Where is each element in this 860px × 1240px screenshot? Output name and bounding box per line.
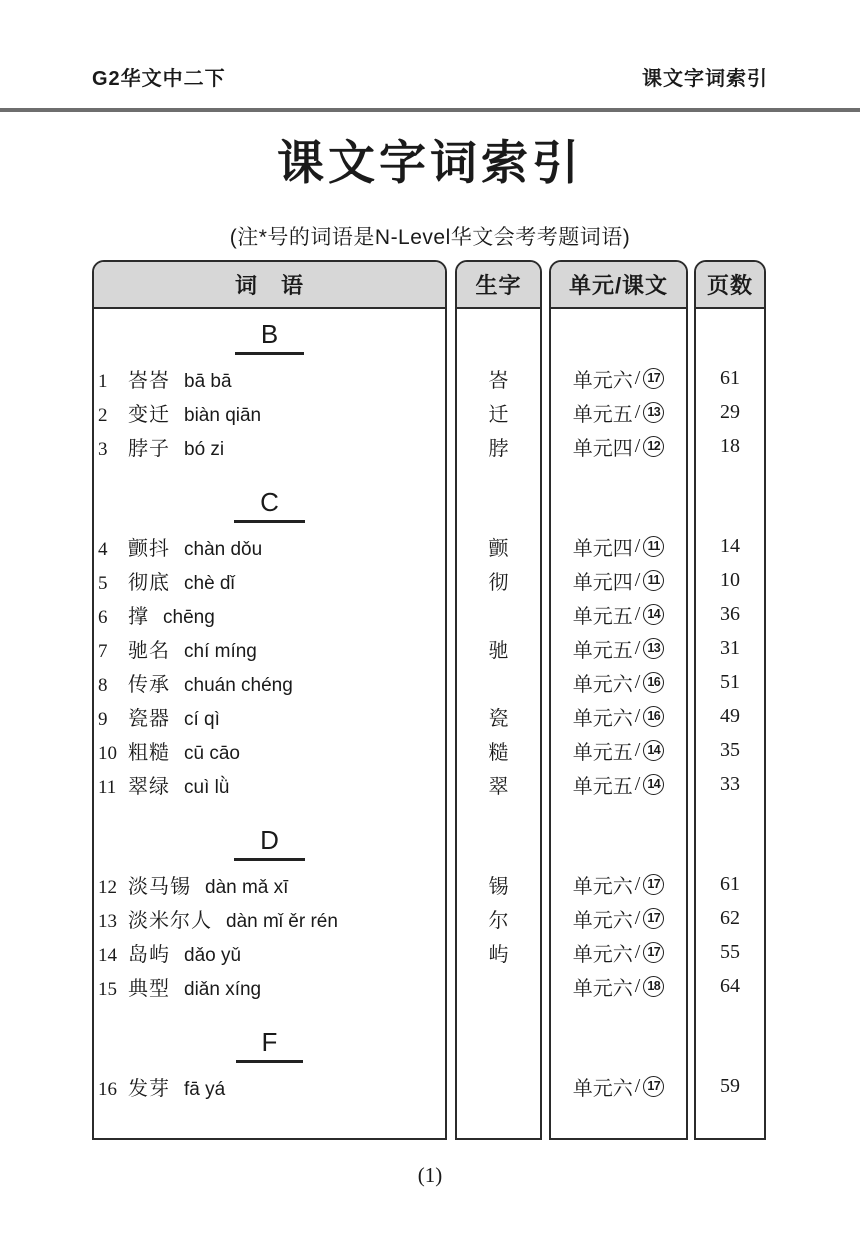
entry-page: 49 xyxy=(720,705,740,727)
index-section: C 4 颤抖 chàn dǒu 颤 单元四/11 14 5 彻底 chè dǐ … xyxy=(92,489,766,801)
unit-lesson-slash: / xyxy=(635,401,641,424)
cell-word: 4 颤抖 chàn dǒu xyxy=(92,532,447,561)
table-row: 8 传承 chuán chéng 单元六/16 51 xyxy=(92,665,766,699)
cell-page: 33 xyxy=(694,773,766,796)
unit-lesson-slash: / xyxy=(635,873,641,896)
cell-page: 49 xyxy=(694,705,766,728)
table-row: 13 淡米尔人 dàn mǐ ěr rén 尔 单元六/17 62 xyxy=(92,901,766,935)
entry-number: 12 xyxy=(98,877,128,899)
entry-unit: 单元六 xyxy=(573,938,633,967)
cell-new-char: 颤 xyxy=(455,532,542,561)
entry-pinyin: chàn dǒu xyxy=(184,539,262,561)
cell-page: 14 xyxy=(694,535,766,558)
lesson-number-circled: 17 xyxy=(643,1076,664,1097)
entry-page: 62 xyxy=(720,907,740,929)
header-rule xyxy=(0,108,860,112)
entry-page: 29 xyxy=(720,401,740,423)
cell-page: 55 xyxy=(694,941,766,964)
table-content: B 1 峇峇 bā bā 峇 单元六/17 61 2 变迁 biàn qiān … xyxy=(92,307,766,1103)
table-row: 3 脖子 bó zi 脖 单元四/12 18 xyxy=(92,429,766,463)
column-header-word: 词 语 xyxy=(94,262,445,309)
entry-pinyin: bó zi xyxy=(184,439,224,461)
cell-word: 3 脖子 bó zi xyxy=(92,432,447,461)
cell-unit-lesson: 单元五/14 xyxy=(549,736,688,765)
cell-page: 18 xyxy=(694,435,766,458)
cell-word: 16 发芽 fā yá xyxy=(92,1072,447,1101)
cell-word: 5 彻底 chè dǐ xyxy=(92,566,447,595)
entry-unit: 单元五 xyxy=(573,770,633,799)
entry-word: 发芽 xyxy=(128,1072,170,1101)
entry-unit: 单元四 xyxy=(573,532,633,561)
cell-new-char: 峇 xyxy=(455,364,542,393)
entry-pinyin: chuán chéng xyxy=(184,675,293,697)
cell-word: 7 驰名 chí míng xyxy=(92,634,447,663)
cell-new-char: 彻 xyxy=(455,566,542,595)
cell-page: 62 xyxy=(694,907,766,930)
cell-unit-lesson: 单元六/16 xyxy=(549,668,688,697)
cell-unit-lesson: 单元五/13 xyxy=(549,398,688,427)
section-letter-wrap: B xyxy=(92,321,447,355)
section-letter-wrap: D xyxy=(92,827,447,861)
cell-unit-lesson: 单元四/11 xyxy=(549,566,688,595)
index-section: B 1 峇峇 bā bā 峇 单元六/17 61 2 变迁 biàn qiān … xyxy=(92,321,766,463)
column-header-unit-lesson-label: 单元/课文 xyxy=(569,269,668,300)
entry-unit: 单元六 xyxy=(573,870,633,899)
entry-unit: 单元四 xyxy=(573,566,633,595)
table-row: 14 岛屿 dǎo yǔ 屿 单元六/17 55 xyxy=(92,935,766,969)
entry-number: 16 xyxy=(98,1079,128,1101)
entry-new-char: 彻 xyxy=(489,572,509,594)
cell-new-char: 驰 xyxy=(455,634,542,663)
entry-page: 59 xyxy=(720,1075,740,1097)
cell-page: 59 xyxy=(694,1075,766,1098)
table-row: 12 淡马锡 dàn mǎ xī 锡 单元六/17 61 xyxy=(92,867,766,901)
column-header-word-label: 词 语 xyxy=(235,269,304,300)
entry-word: 脖子 xyxy=(128,432,170,461)
entry-word: 翠绿 xyxy=(128,770,170,799)
entry-unit: 单元五 xyxy=(573,634,633,663)
entry-pinyin: bā bā xyxy=(184,371,232,393)
lesson-number-circled: 14 xyxy=(643,774,664,795)
entry-page: 10 xyxy=(720,569,740,591)
table-row: 10 粗糙 cū cāo 糙 单元五/14 35 xyxy=(92,733,766,767)
entry-number: 3 xyxy=(98,439,128,461)
section-letter: F xyxy=(236,1029,304,1063)
cell-page: 31 xyxy=(694,637,766,660)
unit-lesson-slash: / xyxy=(635,773,641,796)
running-head: G2华文中二下 课文字词索引 xyxy=(92,62,768,91)
entry-page: 36 xyxy=(720,603,740,625)
column-header-new-char: 生字 xyxy=(457,262,540,309)
unit-lesson-slash: / xyxy=(635,569,641,592)
entry-new-char: 峇 xyxy=(489,370,509,392)
entry-pinyin: cū cāo xyxy=(184,743,240,765)
entry-pinyin: dǎo yǔ xyxy=(184,945,241,967)
table-row: 5 彻底 chè dǐ 彻 单元四/11 10 xyxy=(92,563,766,597)
entry-pinyin: chēng xyxy=(163,607,215,629)
unit-lesson-slash: / xyxy=(635,671,641,694)
lesson-number-circled: 14 xyxy=(643,604,664,625)
entry-number: 2 xyxy=(98,405,128,427)
entry-unit: 单元五 xyxy=(573,736,633,765)
entry-new-char: 迁 xyxy=(489,404,509,426)
cell-new-char: 糙 xyxy=(455,736,542,765)
entry-page: 33 xyxy=(720,773,740,795)
entry-unit: 单元五 xyxy=(573,600,633,629)
running-head-left: G2华文中二下 xyxy=(92,62,226,91)
page-subtitle: (注*号的词语是N-Level华文会考考题词语) xyxy=(0,221,860,251)
lesson-number-circled: 17 xyxy=(643,942,664,963)
entry-number: 7 xyxy=(98,641,128,663)
unit-lesson-slash: / xyxy=(635,637,641,660)
cell-unit-lesson: 单元四/11 xyxy=(549,532,688,561)
entry-number: 5 xyxy=(98,573,128,595)
cell-unit-lesson: 单元六/17 xyxy=(549,904,688,933)
unit-lesson-slash: / xyxy=(635,907,641,930)
lesson-number-circled: 16 xyxy=(643,706,664,727)
entry-pinyin: cí qì xyxy=(184,709,220,731)
unit-lesson-slash: / xyxy=(635,739,641,762)
cell-new-char: 脖 xyxy=(455,432,542,461)
entry-unit: 单元六 xyxy=(573,904,633,933)
page-title: 课文字词索引 xyxy=(0,126,860,193)
lesson-number-circled: 13 xyxy=(643,638,664,659)
entry-unit: 单元五 xyxy=(573,398,633,427)
entry-word: 淡马锡 xyxy=(128,870,191,899)
cell-unit-lesson: 单元五/13 xyxy=(549,634,688,663)
entry-unit: 单元六 xyxy=(573,1072,633,1101)
entry-pinyin: cuì lǜ xyxy=(184,777,229,799)
cell-new-char: 迁 xyxy=(455,398,542,427)
column-header-page-label: 页数 xyxy=(707,269,753,300)
entry-page: 61 xyxy=(720,873,740,895)
entry-new-char: 屿 xyxy=(489,944,509,966)
cell-page: 36 xyxy=(694,603,766,626)
cell-word: 11 翠绿 cuì lǜ xyxy=(92,770,447,799)
table-row: 7 驰名 chí míng 驰 单元五/13 31 xyxy=(92,631,766,665)
page-number: (1) xyxy=(0,1163,860,1188)
cell-unit-lesson: 单元六/17 xyxy=(549,938,688,967)
entry-number: 15 xyxy=(98,979,128,1001)
entry-new-char: 尔 xyxy=(489,910,509,932)
table-row: 15 典型 diǎn xíng 单元六/18 64 xyxy=(92,969,766,1003)
entry-new-char: 翠 xyxy=(489,776,509,798)
table-row: 6 撑 chēng 单元五/14 36 xyxy=(92,597,766,631)
table-row: 1 峇峇 bā bā 峇 单元六/17 61 xyxy=(92,361,766,395)
section-letter-wrap: F xyxy=(92,1029,447,1063)
unit-lesson-slash: / xyxy=(635,367,641,390)
entry-word: 岛屿 xyxy=(128,938,170,967)
entry-new-char: 颤 xyxy=(489,538,509,560)
entry-page: 31 xyxy=(720,637,740,659)
entry-number: 11 xyxy=(98,777,128,799)
lesson-number-circled: 14 xyxy=(643,740,664,761)
section-letter: D xyxy=(234,827,305,861)
entry-number: 8 xyxy=(98,675,128,697)
entry-word: 驰名 xyxy=(128,634,170,663)
entry-number: 13 xyxy=(98,911,128,933)
entry-word: 传承 xyxy=(128,668,170,697)
running-head-right: 课文字词索引 xyxy=(642,62,768,91)
table-row: 9 瓷器 cí qì 瓷 单元六/16 49 xyxy=(92,699,766,733)
entry-number: 9 xyxy=(98,709,128,731)
entry-page: 51 xyxy=(720,671,740,693)
entry-word: 颤抖 xyxy=(128,532,170,561)
entry-word: 粗糙 xyxy=(128,736,170,765)
entry-new-char: 糙 xyxy=(489,742,509,764)
unit-lesson-slash: / xyxy=(635,705,641,728)
entry-number: 14 xyxy=(98,945,128,967)
cell-unit-lesson: 单元五/14 xyxy=(549,770,688,799)
table-row: 16 发芽 fā yá 单元六/17 59 xyxy=(92,1069,766,1103)
cell-unit-lesson: 单元五/14 xyxy=(549,600,688,629)
section-letter: B xyxy=(235,321,304,355)
cell-new-char: 屿 xyxy=(455,938,542,967)
entry-unit: 单元六 xyxy=(573,364,633,393)
entry-unit: 单元四 xyxy=(573,432,633,461)
entry-number: 10 xyxy=(98,743,128,765)
entry-word: 淡米尔人 xyxy=(128,904,212,933)
cell-unit-lesson: 单元六/17 xyxy=(549,1072,688,1101)
unit-lesson-slash: / xyxy=(635,603,641,626)
section-letter: C xyxy=(234,489,305,523)
cell-new-char: 锡 xyxy=(455,870,542,899)
column-header-page: 页数 xyxy=(696,262,764,309)
entry-page: 61 xyxy=(720,367,740,389)
cell-page: 35 xyxy=(694,739,766,762)
entry-unit: 单元六 xyxy=(573,702,633,731)
cell-word: 1 峇峇 bā bā xyxy=(92,364,447,393)
cell-unit-lesson: 单元六/17 xyxy=(549,870,688,899)
cell-word: 12 淡马锡 dàn mǎ xī xyxy=(92,870,447,899)
entry-page: 64 xyxy=(720,975,740,997)
table-row: 2 变迁 biàn qiān 迁 单元五/13 29 xyxy=(92,395,766,429)
entry-pinyin: diǎn xíng xyxy=(184,979,261,1001)
lesson-number-circled: 12 xyxy=(643,436,664,457)
entry-number: 6 xyxy=(98,607,128,629)
entry-pinyin: biàn qiān xyxy=(184,405,261,427)
entry-pinyin: chè dǐ xyxy=(184,573,235,595)
entry-new-char: 锡 xyxy=(489,876,509,898)
unit-lesson-slash: / xyxy=(635,535,641,558)
unit-lesson-slash: / xyxy=(635,435,641,458)
cell-word: 13 淡米尔人 dàn mǐ ěr rén xyxy=(92,904,447,933)
cell-unit-lesson: 单元四/12 xyxy=(549,432,688,461)
cell-unit-lesson: 单元六/16 xyxy=(549,702,688,731)
entry-word: 瓷器 xyxy=(128,702,170,731)
cell-new-char: 瓷 xyxy=(455,702,542,731)
cell-word: 10 粗糙 cū cāo xyxy=(92,736,447,765)
lesson-number-circled: 17 xyxy=(643,368,664,389)
lesson-number-circled: 13 xyxy=(643,402,664,423)
lesson-number-circled: 18 xyxy=(643,976,664,997)
cell-word: 15 典型 diǎn xíng xyxy=(92,972,447,1001)
column-header-new-char-label: 生字 xyxy=(475,269,521,300)
unit-lesson-slash: / xyxy=(635,1075,641,1098)
lesson-number-circled: 17 xyxy=(643,874,664,895)
entry-pinyin: dàn mǐ ěr rén xyxy=(226,911,338,933)
document-page: G2华文中二下 课文字词索引 课文字词索引 (注*号的词语是N-Level华文会… xyxy=(0,0,860,1240)
cell-page: 10 xyxy=(694,569,766,592)
entry-word: 变迁 xyxy=(128,398,170,427)
cell-new-char: 尔 xyxy=(455,904,542,933)
section-letter-wrap: C xyxy=(92,489,447,523)
cell-page: 61 xyxy=(694,367,766,390)
entry-word: 彻底 xyxy=(128,566,170,595)
entry-new-char: 驰 xyxy=(489,640,509,662)
entry-word: 撑 xyxy=(128,600,149,629)
index-section: D 12 淡马锡 dàn mǎ xī 锡 单元六/17 61 13 淡米尔人 d… xyxy=(92,827,766,1003)
cell-new-char: 翠 xyxy=(455,770,542,799)
entry-word: 典型 xyxy=(128,972,170,1001)
cell-unit-lesson: 单元六/17 xyxy=(549,364,688,393)
lesson-number-circled: 17 xyxy=(643,908,664,929)
cell-word: 14 岛屿 dǎo yǔ xyxy=(92,938,447,967)
index-section: F 16 发芽 fā yá 单元六/17 59 xyxy=(92,1029,766,1103)
lesson-number-circled: 11 xyxy=(643,570,664,591)
cell-page: 64 xyxy=(694,975,766,998)
entry-number: 4 xyxy=(98,539,128,561)
entry-pinyin: chí míng xyxy=(184,641,257,663)
table-row: 4 颤抖 chàn dǒu 颤 单元四/11 14 xyxy=(92,529,766,563)
index-table: 词 语 生字 单元/课文 页数 B 1 峇峇 bā bā xyxy=(92,260,766,1140)
entry-word: 峇峇 xyxy=(128,364,170,393)
table-row: 11 翠绿 cuì lǜ 翠 单元五/14 33 xyxy=(92,767,766,801)
cell-page: 29 xyxy=(694,401,766,424)
cell-unit-lesson: 单元六/18 xyxy=(549,972,688,1001)
column-header-unit-lesson: 单元/课文 xyxy=(551,262,686,309)
entry-page: 14 xyxy=(720,535,740,557)
entry-new-char: 脖 xyxy=(489,438,509,460)
cell-word: 2 变迁 biàn qiān xyxy=(92,398,447,427)
entry-number: 1 xyxy=(98,371,128,393)
cell-word: 6 撑 chēng xyxy=(92,600,447,629)
lesson-number-circled: 11 xyxy=(643,536,664,557)
entry-pinyin: dàn mǎ xī xyxy=(205,877,288,899)
entry-unit: 单元六 xyxy=(573,668,633,697)
entry-new-char: 瓷 xyxy=(489,708,509,730)
entry-page: 55 xyxy=(720,941,740,963)
unit-lesson-slash: / xyxy=(635,975,641,998)
unit-lesson-slash: / xyxy=(635,941,641,964)
cell-page: 51 xyxy=(694,671,766,694)
entry-page: 35 xyxy=(720,739,740,761)
entry-unit: 单元六 xyxy=(573,972,633,1001)
entry-pinyin: fā yá xyxy=(184,1079,225,1101)
lesson-number-circled: 16 xyxy=(643,672,664,693)
cell-page: 61 xyxy=(694,873,766,896)
entry-page: 18 xyxy=(720,435,740,457)
cell-word: 8 传承 chuán chéng xyxy=(92,668,447,697)
cell-word: 9 瓷器 cí qì xyxy=(92,702,447,731)
